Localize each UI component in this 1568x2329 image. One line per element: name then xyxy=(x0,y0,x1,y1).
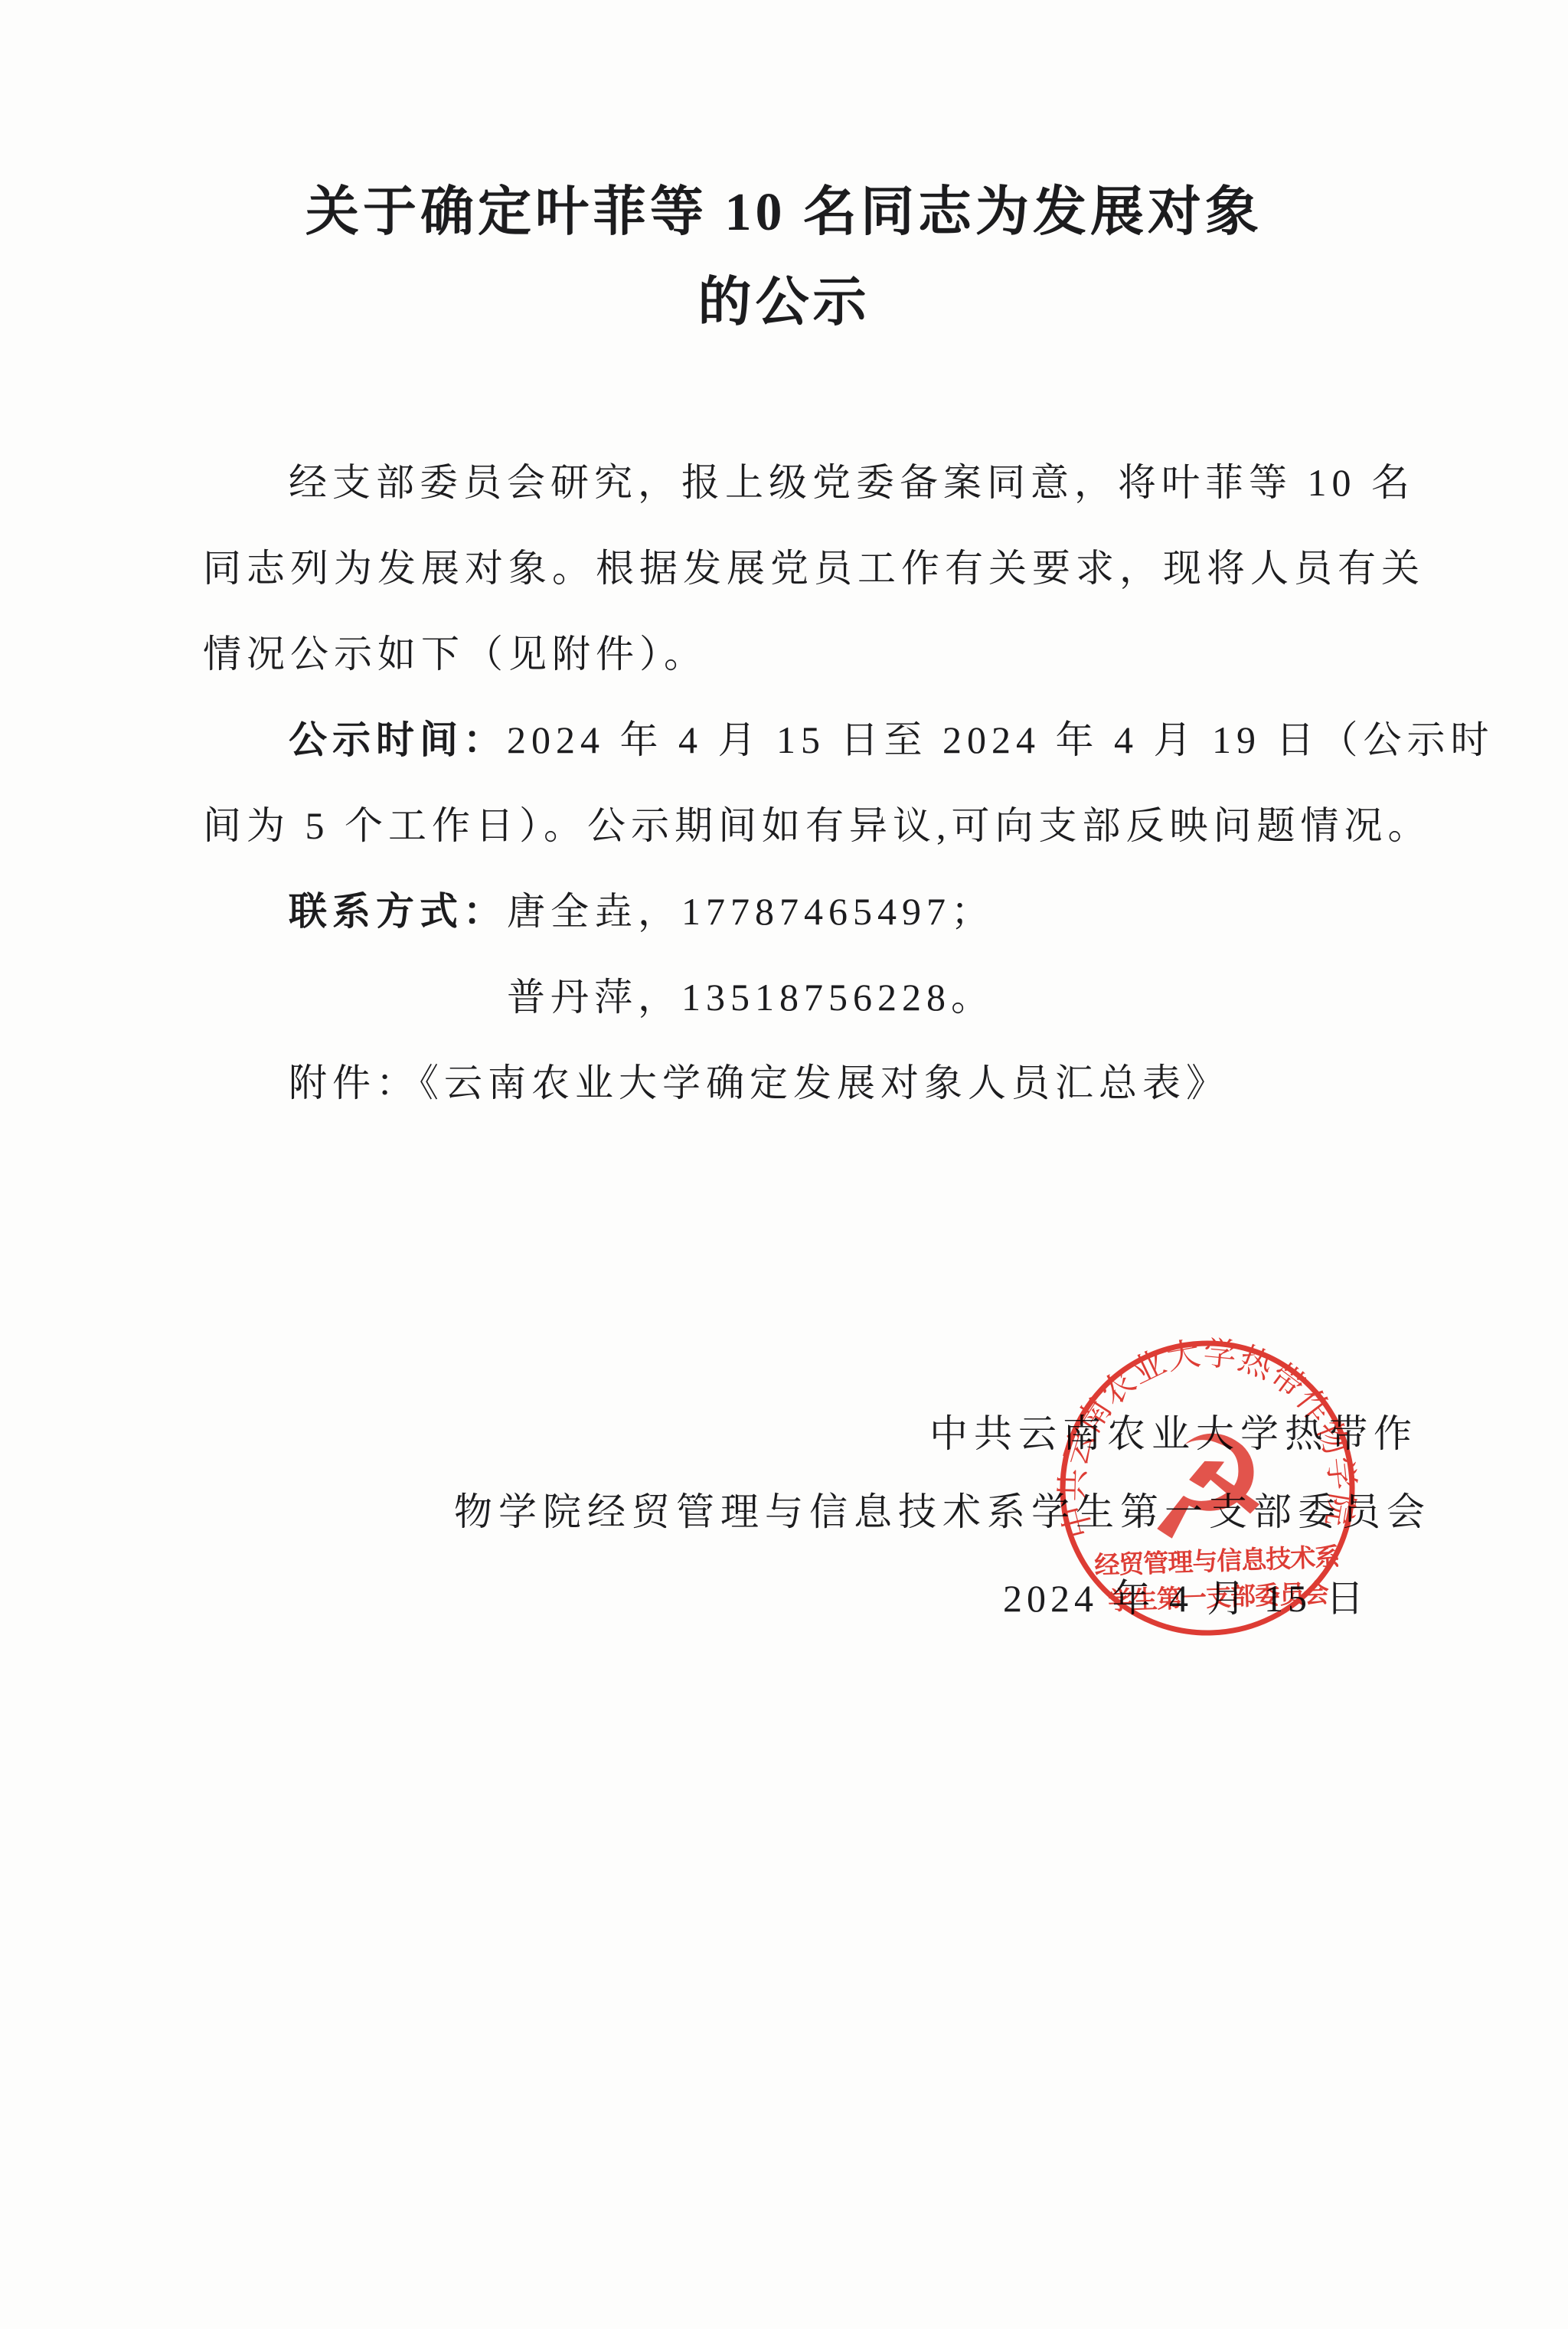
body-line-bold-lead: 联系方式： xyxy=(289,890,507,933)
body-line: 联系方式：唐全垚，17787465497； xyxy=(203,892,1544,931)
body-line: 附件：《云南农业大学确定发展对象人员汇总表》 xyxy=(203,1064,1544,1102)
body-line: 普丹萍，13518756228。 xyxy=(203,978,1568,1016)
body-line: 情况公示如下（见附件）。 xyxy=(203,635,1459,673)
body-line: 同志列为发展对象。根据发展党员工作有关要求，现将人员有关 xyxy=(203,549,1459,587)
stamp-department-text: 经贸管理与信息技术系 xyxy=(1094,1542,1340,1579)
body-line: 经支部委员会研究，报上级党委备案同意，将叶菲等 10 名 xyxy=(203,463,1544,502)
body-line: 公示时间：2024 年 4 月 15 日至 2024 年 4 月 19 日（公示… xyxy=(203,721,1544,759)
page-title-line-1: 关于确定叶菲等 10 名同志为发展对象 xyxy=(0,186,1568,240)
body-line-bold-lead: 公示时间： xyxy=(289,718,507,761)
official-seal-stamp: 中共云南农业大学热带作物学院 ☭ 经贸管理与信息技术系 学生第一支部委员会 xyxy=(1050,1331,1364,1645)
body-line: 间为 5 个工作日）。公示期间如有异议,可向支部反映问题情况。 xyxy=(203,806,1459,845)
page-title-line-2: 的公示 xyxy=(0,276,1568,330)
stamp-branch-text: 学生第一支部委员会 xyxy=(1107,1579,1329,1615)
document-page: 关于确定叶菲等 10 名同志为发展对象 的公示 经支部委员会研究，报上级党委备案… xyxy=(0,0,1568,2329)
